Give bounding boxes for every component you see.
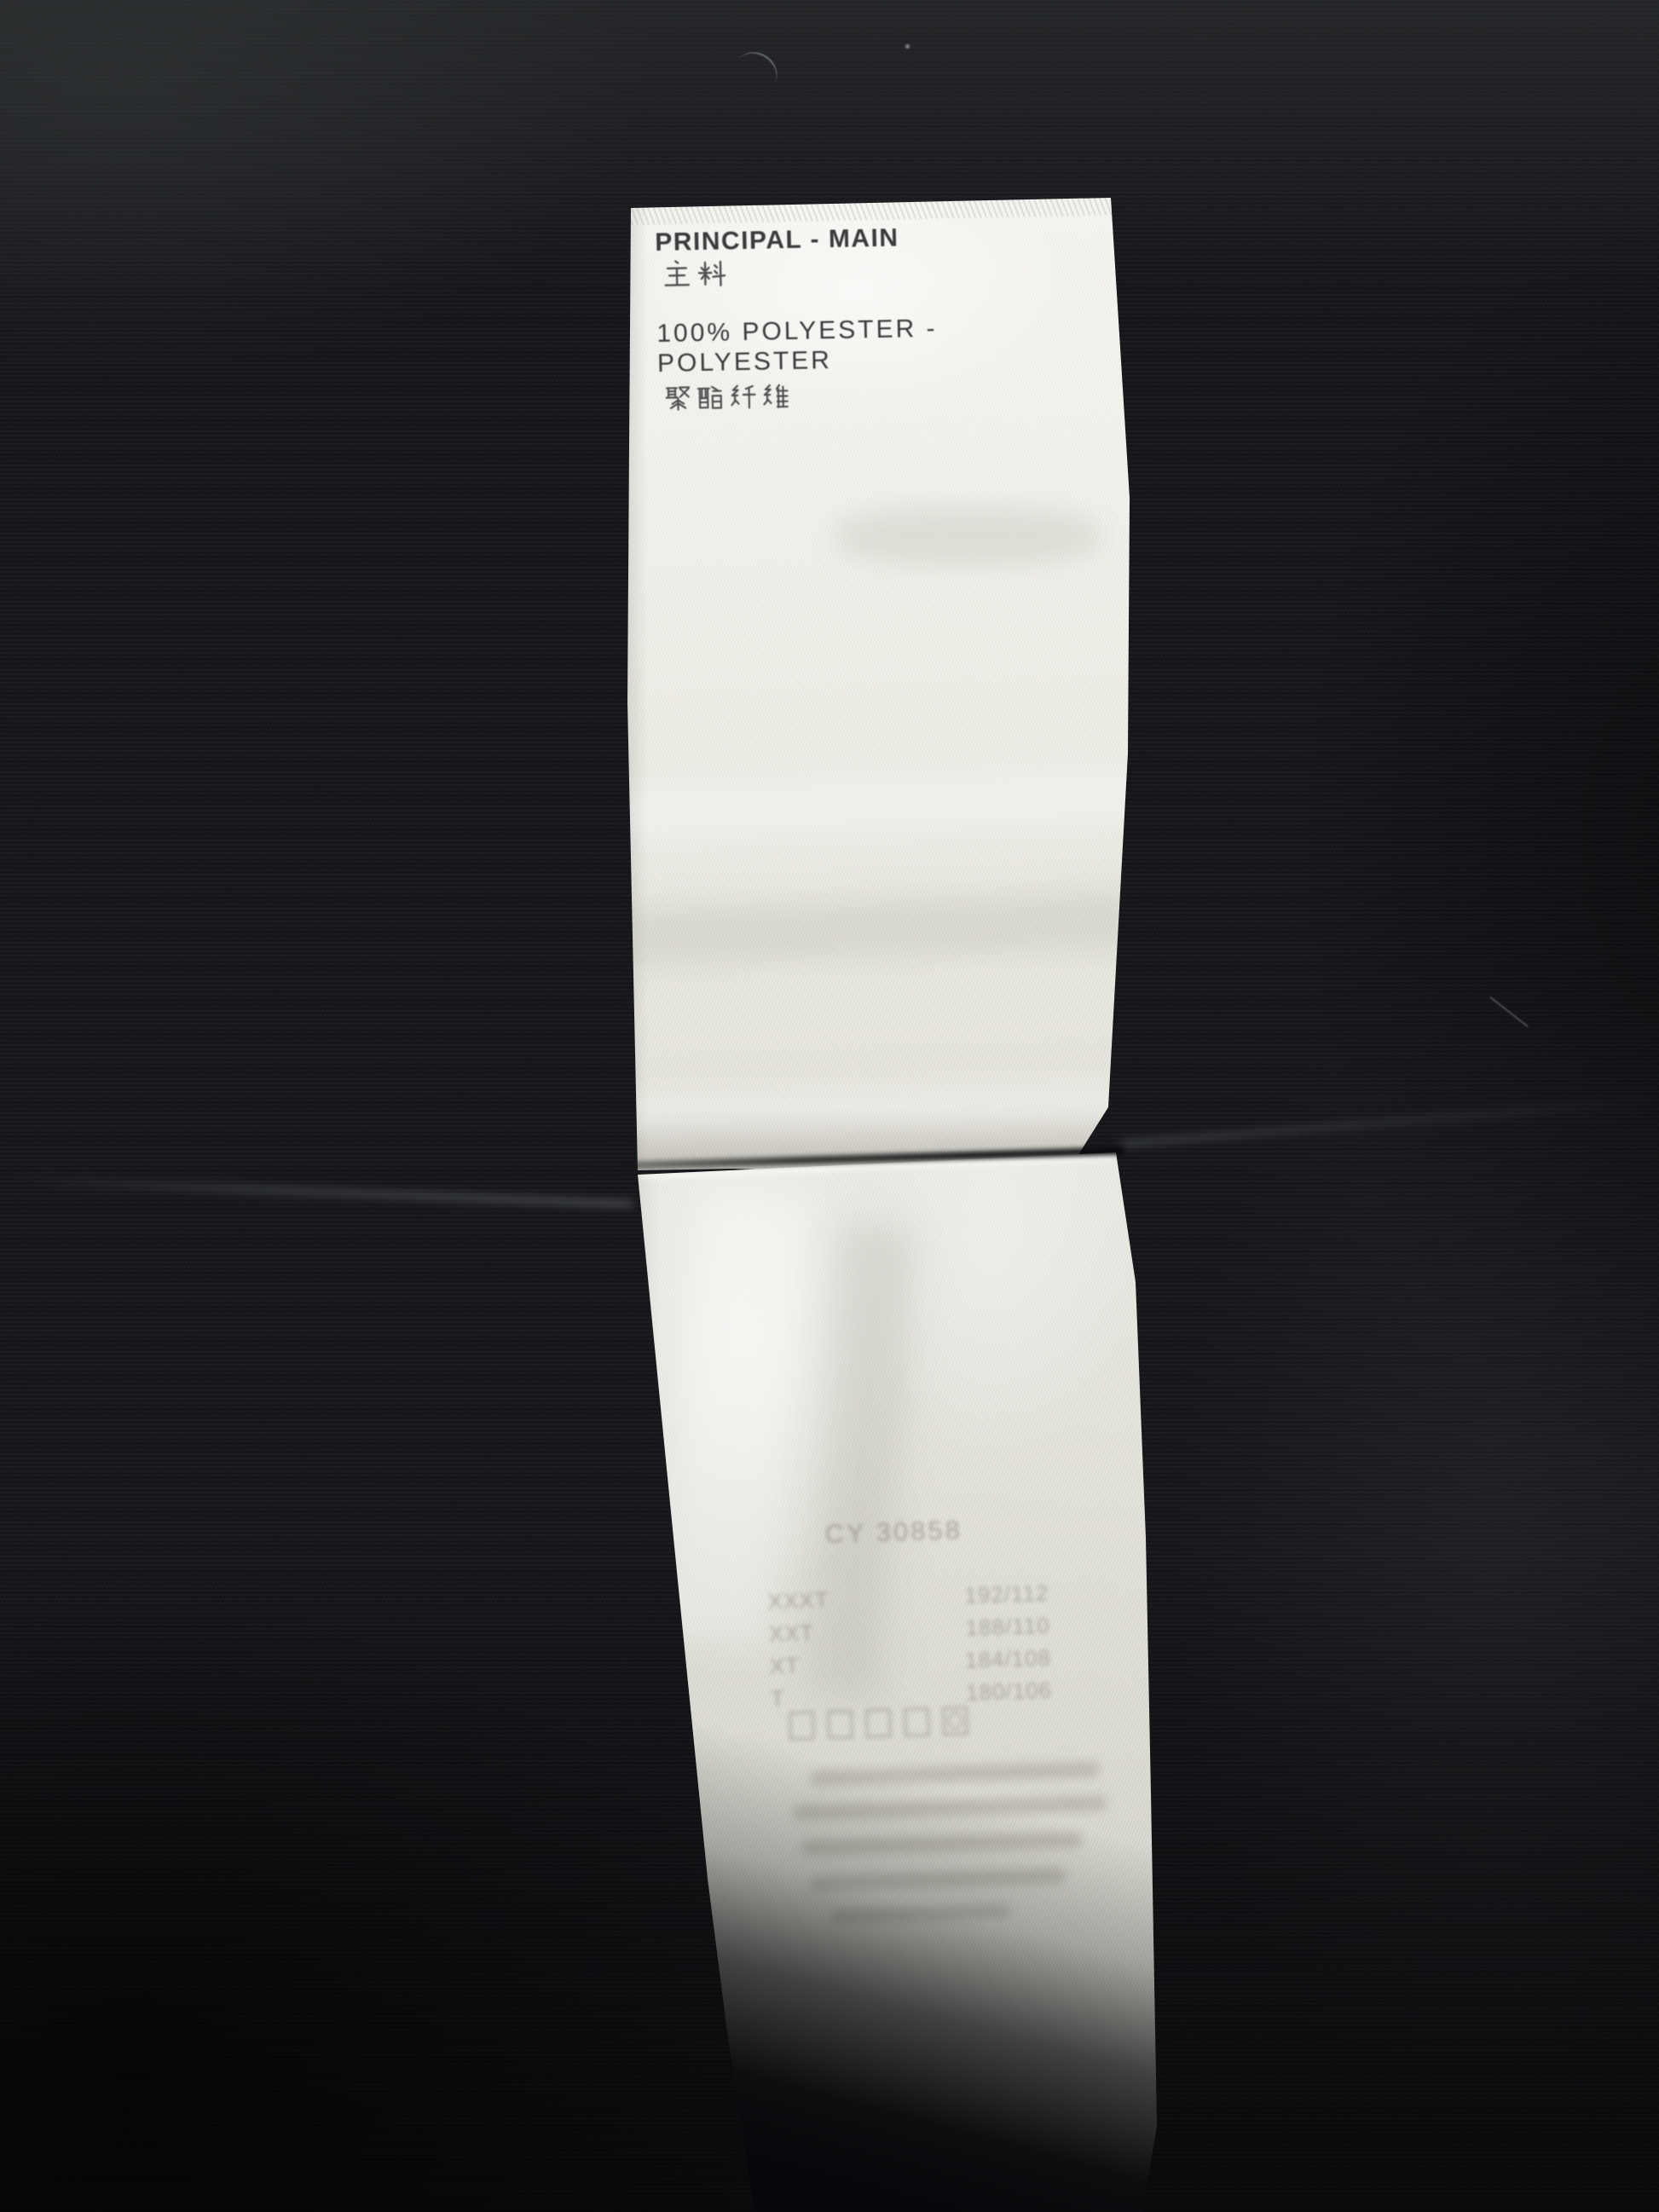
label-sheen xyxy=(627,1146,1165,2212)
fabric-right-sheen xyxy=(0,0,1659,2212)
composition-chinese xyxy=(664,378,939,413)
ghost-style-code: CY 30858 xyxy=(824,1515,962,1550)
composition-header: PRINCIPAL - MAIN xyxy=(655,223,936,257)
label-printed-text: PRINCIPAL - MAIN 100% POLYESTER - POLYES… xyxy=(655,223,939,413)
fabric-right-shadow xyxy=(0,0,1659,2212)
label-sheen xyxy=(622,191,1137,1176)
ghost-size-measure: 188/110 xyxy=(965,1612,1050,1641)
ghost-text-line xyxy=(831,1904,1010,1924)
circle-mark xyxy=(947,1712,963,1731)
composition-line: POLYESTER xyxy=(657,344,939,378)
care-label-bottom: CY 30858 XXXT192/112XXT188/110XT184/108T… xyxy=(627,1146,1165,2212)
sheen-band xyxy=(655,1193,812,1645)
ghost-text-line xyxy=(801,1832,1083,1856)
cjk-glyph xyxy=(730,383,757,410)
fabric-fold-highlight-left xyxy=(0,1176,633,1208)
ghost-size-label: XXXT xyxy=(767,1586,829,1614)
ghost-size-row: XXXT192/112 xyxy=(767,1577,1049,1618)
fabric-twill-texture xyxy=(0,0,1659,2212)
tumble-dry-symbol-icon xyxy=(865,1708,892,1738)
ghost-text-line xyxy=(793,1795,1107,1821)
wash-symbol-icon xyxy=(789,1711,815,1741)
showthrough-smudge xyxy=(835,506,1100,566)
fabric-top-light xyxy=(0,0,1659,2212)
cjk-glyph xyxy=(762,383,789,410)
ghost-size-measure: 184/108 xyxy=(964,1644,1051,1673)
cjk-glyph xyxy=(665,384,692,412)
shade-band xyxy=(806,1221,916,1702)
cjk-glyph xyxy=(662,259,692,289)
label-bottom-shadow xyxy=(627,1146,1165,2212)
ghost-size-row: XXT188/110 xyxy=(768,1609,1050,1650)
fabric-bottomleft-shadow xyxy=(0,0,1659,2212)
dry-clean-symbol-icon xyxy=(942,1706,968,1736)
ghost-size-measure: 180/106 xyxy=(966,1677,1053,1706)
composition-line: 100% POLYESTER - xyxy=(656,314,938,349)
satin-weave-texture xyxy=(622,191,1137,1176)
ghost-size-table: XXXT192/112XXT188/110XT184/108T180/106 xyxy=(767,1577,1053,1715)
fabric-fold-highlight-right xyxy=(1121,1097,1658,1147)
sheen-band xyxy=(621,1079,1137,1135)
lint-fiber xyxy=(725,44,785,103)
ghost-text-line xyxy=(810,1762,1100,1787)
satin-weave-texture xyxy=(627,1146,1165,2212)
fold-crease-shadow xyxy=(623,1147,1124,1170)
ghost-size-row: XT184/108 xyxy=(769,1642,1051,1683)
stitched-edge xyxy=(629,193,1122,225)
ghost-size-label: T xyxy=(771,1685,786,1712)
garment-label-photo: PRINCIPAL - MAIN 100% POLYESTER - POLYES… xyxy=(0,0,1659,2212)
lint-fiber xyxy=(1489,996,1528,1027)
shade-band xyxy=(621,889,1138,967)
bleach-symbol-icon xyxy=(827,1710,853,1740)
fabric-topleft-light xyxy=(0,0,1659,2212)
lint-fleck xyxy=(905,44,910,49)
cjk-glyph xyxy=(697,258,727,288)
iron-symbol-icon xyxy=(904,1707,930,1737)
ghost-text-line xyxy=(810,1868,1066,1891)
cjk-glyph xyxy=(697,384,725,411)
ghost-size-measure: 192/112 xyxy=(964,1580,1049,1608)
composition-header-chinese xyxy=(662,255,937,289)
fabric-knit-texture xyxy=(0,0,1659,2212)
sheen-band xyxy=(621,770,1138,839)
fabric-bottom-shadow xyxy=(0,0,1659,2212)
ghost-size-label: XT xyxy=(769,1652,800,1679)
care-label-top: PRINCIPAL - MAIN 100% POLYESTER - POLYES… xyxy=(622,191,1137,1176)
ghost-care-symbols-row xyxy=(789,1706,968,1741)
ghost-size-row: T180/106 xyxy=(771,1674,1053,1715)
ghost-size-label: XXT xyxy=(768,1620,815,1648)
